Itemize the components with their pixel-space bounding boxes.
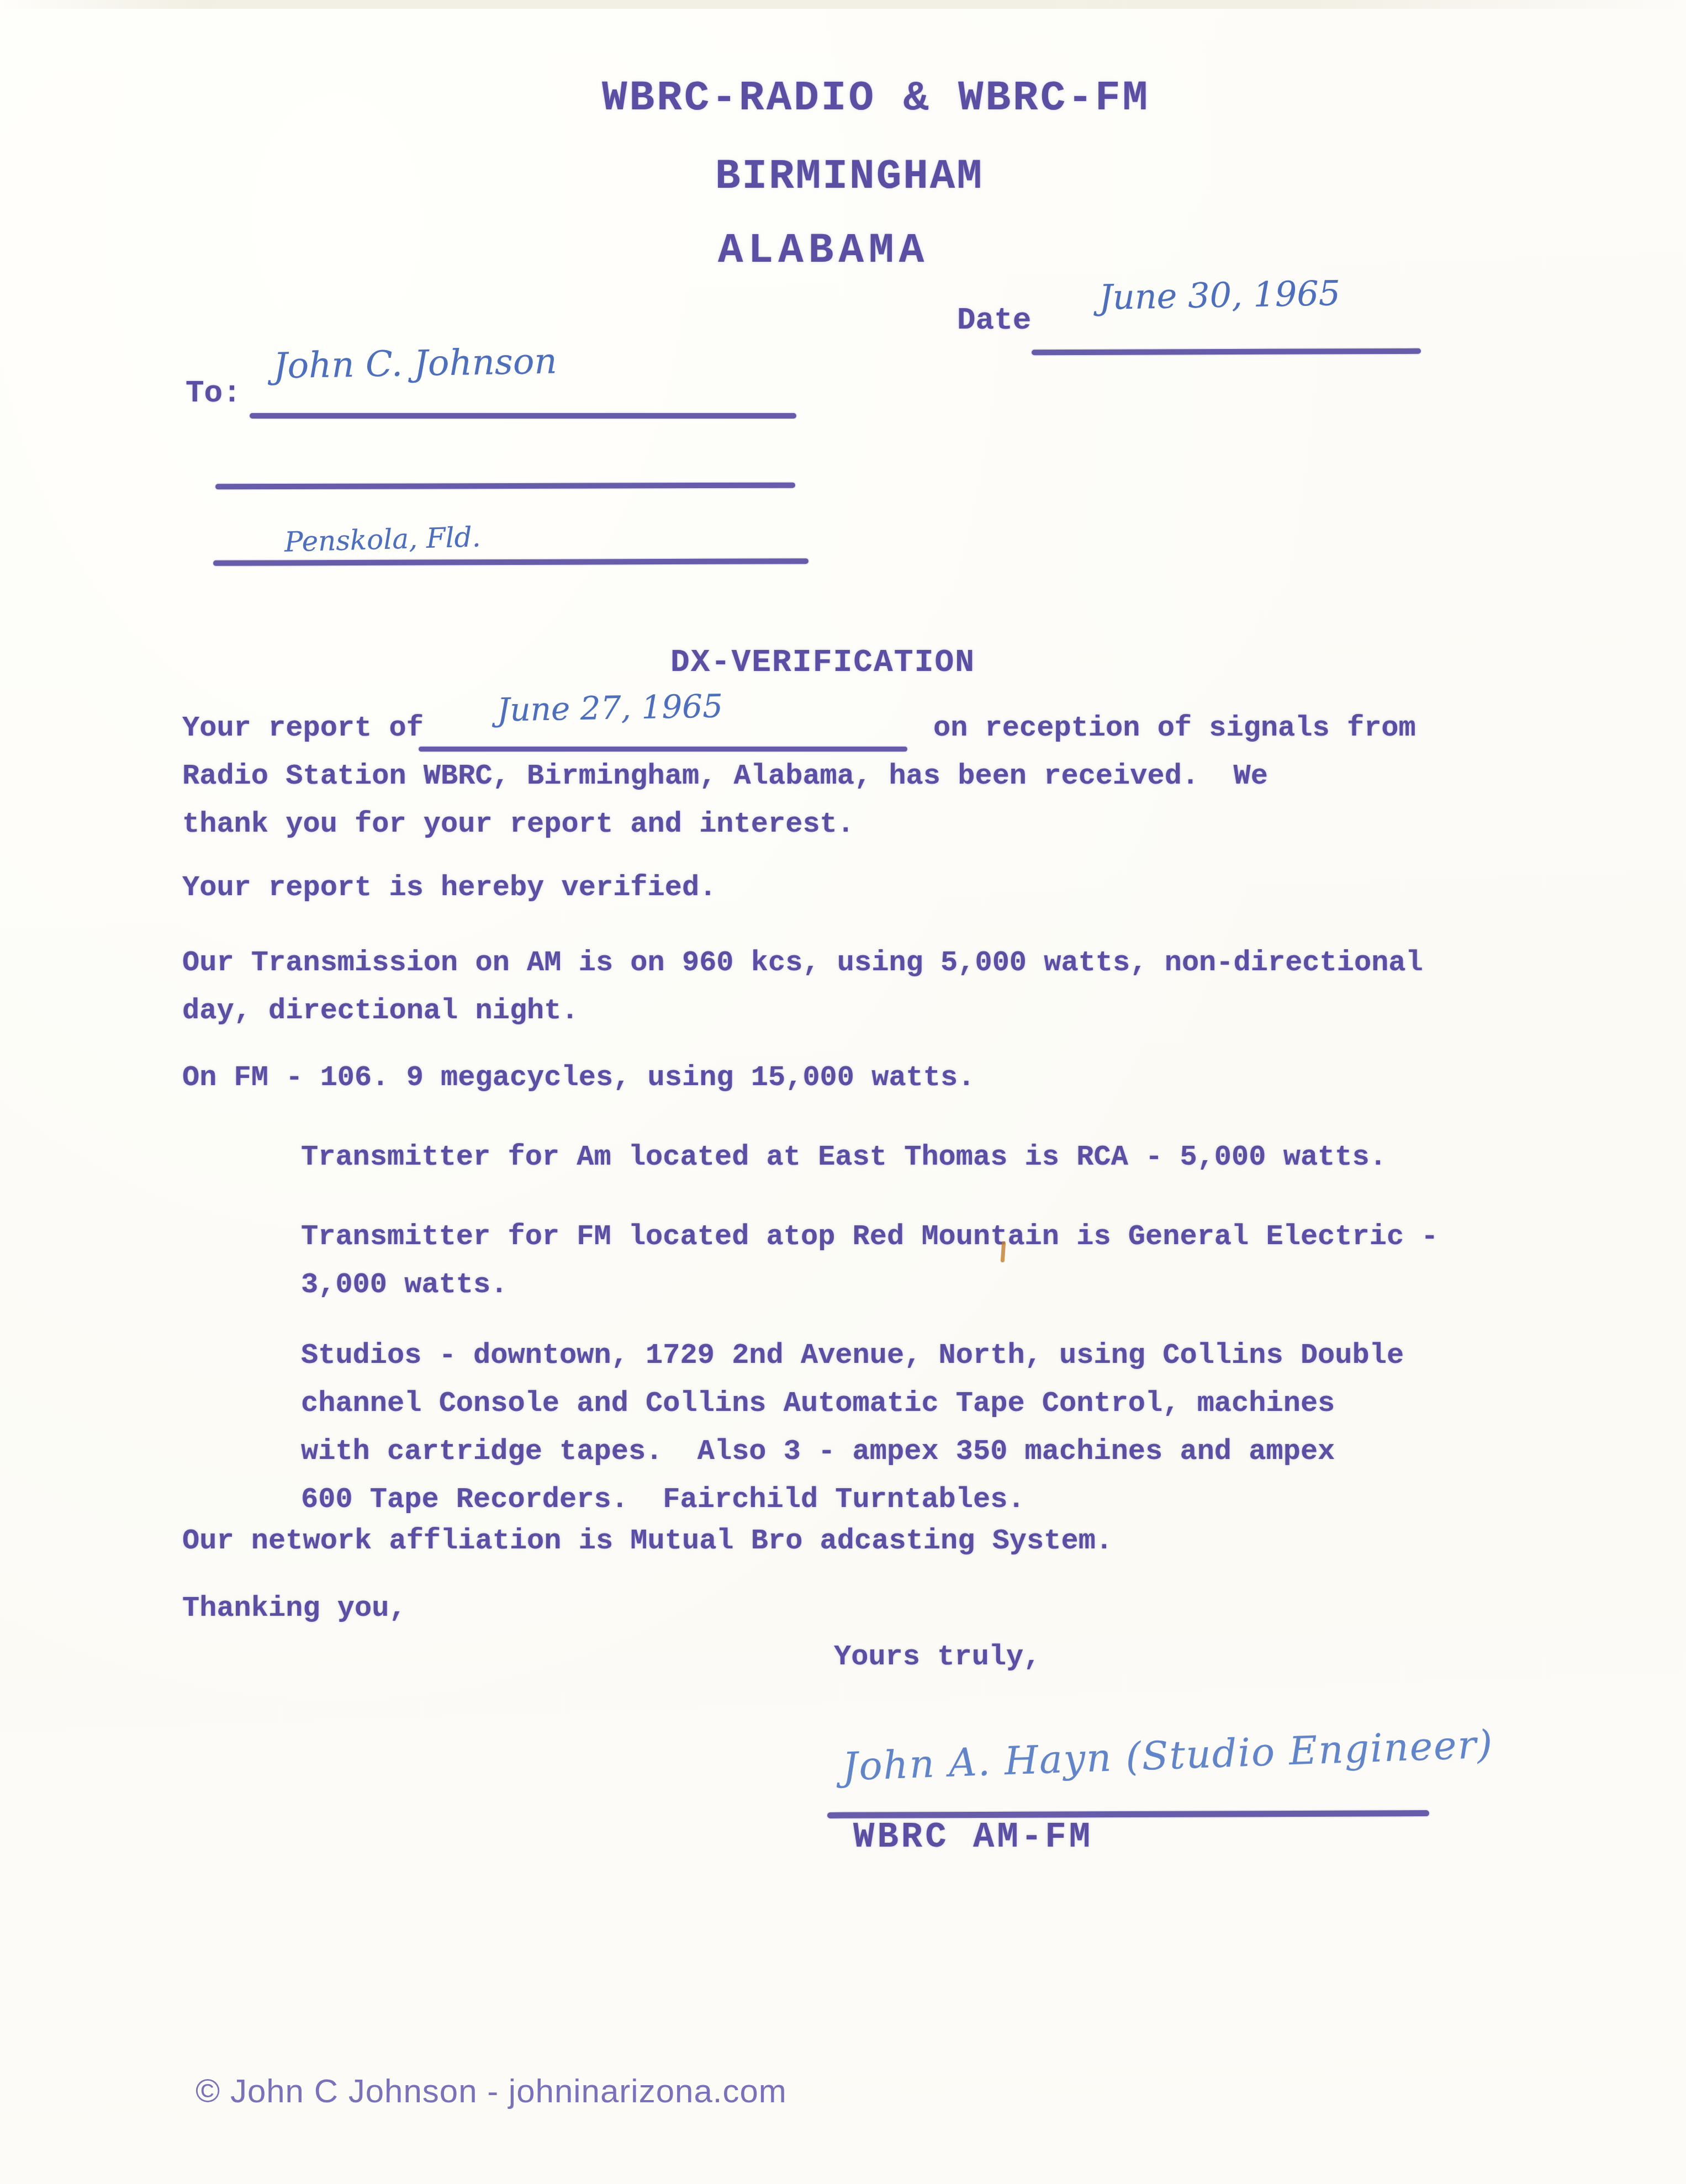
paragraph-am-transmission: Our Transmission on AM is on 960 kcs, us… [182, 939, 1423, 1035]
scanned-letter-page: WBRC-RADIO & WBRC-FM BIRMINGHAM ALABAMA … [0, 0, 1686, 2184]
paragraph-am-transmitter: Transmitter for Am located at East Thoma… [301, 1133, 1387, 1181]
recipient-underline-1 [250, 413, 796, 419]
signature-typed-station: WBRC AM-FM [853, 1818, 1093, 1858]
recipient-underline-3 [213, 558, 808, 566]
recipient-label: To: [186, 376, 241, 411]
report-date-underline [419, 747, 907, 752]
signature-underline [827, 1810, 1429, 1818]
paragraph-fm-transmitter: Transmitter for FM located atop Red Moun… [301, 1213, 1439, 1309]
letter-title: DX-VERIFICATION [670, 645, 975, 681]
scan-artifact-band [0, 0, 1686, 9]
paragraph-verified: Your report is hereby verified. [182, 864, 716, 912]
paragraph-fm-transmission: On FM - 106. 9 megacycles, using 15,000 … [182, 1054, 975, 1102]
paragraph-thanking: Thanking you, [182, 1584, 406, 1632]
date-label: Date [957, 303, 1031, 338]
paragraph-1-after-blank: on reception of signals from [933, 704, 1416, 752]
report-date-handwritten: June 27, 1965 [496, 687, 723, 728]
date-handwritten-value: June 30, 1965 [1098, 273, 1340, 318]
letterhead-station-name: WBRC-RADIO & WBRC-FM [602, 75, 1150, 122]
letterhead-city: BIRMINGHAM [715, 153, 984, 200]
paragraph-network-affiliation: Our network affliation is Mutual Bro adc… [182, 1517, 1113, 1565]
paragraph-1-before-blank: Your report of [182, 704, 424, 752]
signature-handwritten: John A. Hayn (Studio Engineer) [842, 1721, 1494, 1789]
letterhead-state: ALABAMA [718, 227, 929, 274]
closing-line: Yours truly, [834, 1633, 1040, 1681]
paragraph-studios: Studios - downtown, 1729 2nd Avenue, Nor… [301, 1331, 1404, 1524]
recipient-underline-2 [215, 483, 795, 490]
copyright-watermark: © John C Johnson - johninarizona.com [195, 2072, 787, 2110]
paragraph-1-continuation: Radio Station WBRC, Birmingham, Alabama,… [182, 752, 1268, 848]
recipient-name-handwritten: John C. Johnson [273, 341, 557, 387]
recipient-city-handwritten: Penskola, Fld. [284, 521, 481, 558]
date-underline [1032, 348, 1421, 355]
